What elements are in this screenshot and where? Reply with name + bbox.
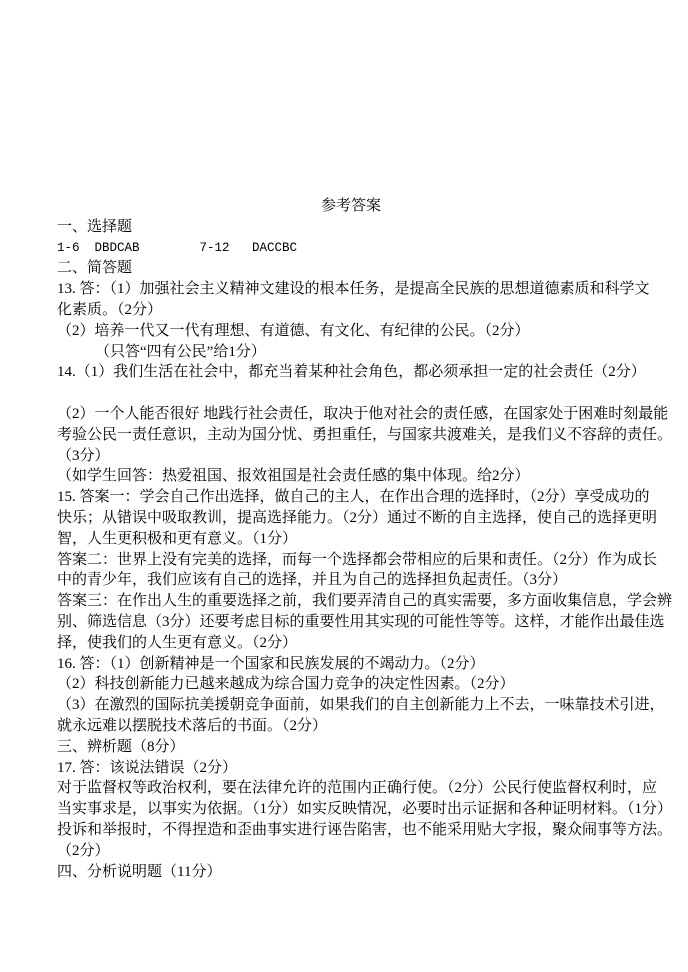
text-line: （3）在激烈的国际抗美援朝竞争面前，如果我们的自主创新能力上不去，一味靠技术引进… bbox=[57, 695, 645, 716]
answer-lines: 一、选择题1-6 DBDCAB 7-12 DACCBC二、简答题13. 答：（1… bbox=[57, 217, 645, 883]
page-title: 参考答案 bbox=[57, 196, 645, 217]
text-line: 一、选择题 bbox=[57, 217, 645, 238]
text-line: （2）培养一代又一代有理想、有道德、有文化、有纪律的公民。（2分） bbox=[57, 321, 645, 342]
text-line: 14.（1）我们生活在社会中，都充当着某种社会角色，都必须承担一定的社会责任（2… bbox=[57, 362, 645, 383]
text-line: （2）一个人能否很好 地践行社会责任，取决于他对社会的责任感，在国家处于困难时刻… bbox=[57, 404, 645, 425]
text-line: （2）科技创新能力已越来越成为综合国力竞争的决定性因素。（2分） bbox=[57, 674, 645, 695]
text-line: （3分） bbox=[57, 446, 645, 467]
text-line bbox=[57, 383, 645, 404]
text-line: 中的青少年，我们应该有自己的选择，并且为自己的选择担负起责任。（3分） bbox=[57, 570, 645, 591]
text-line: 三、辨析题（8分） bbox=[57, 737, 645, 758]
text-line: 答案二：世界上没有完美的选择，而每一个选择都会带相应的后果和责任。（2分）作为成… bbox=[57, 550, 645, 571]
text-line: 15. 答案一：学会自己作出选择，做自己的主人，在作出合理的选择时，（2分）享受… bbox=[57, 487, 645, 508]
answer-sheet-page: 参考答案 一、选择题1-6 DBDCAB 7-12 DACCBC二、简答题13.… bbox=[57, 196, 645, 882]
text-line: 16. 答：（1）创新精神是一个国家和民族发展的不竭动力。（2分） bbox=[57, 654, 645, 675]
text-line: 四、分析说明题（11分） bbox=[57, 862, 645, 883]
text-line: 别、筛选信息（3分）还要考虑目标的重要性用其实现的可能性等等。这样，才能作出最佳… bbox=[57, 612, 645, 633]
text-line: （只答“四有公民”给1分） bbox=[57, 342, 645, 363]
text-line: 13. 答：（1）加强社会主义精神文建设的根本任务，是提高全民族的思想道德素质和… bbox=[57, 279, 645, 300]
text-line: 智，人生更积极和更有意义。（1分） bbox=[57, 529, 645, 550]
choice-answers-line: 1-6 DBDCAB 7-12 DACCBC bbox=[57, 238, 645, 259]
text-line: 投诉和举报时，不得捏造和歪曲事实进行诬告陷害，也不能采用贴大字报，聚众闹事等方法… bbox=[57, 820, 645, 841]
text-line: 答案三：在作出人生的重要选择之前，我们要弄清自己的真实需要，多方面收集信息，学会… bbox=[57, 591, 645, 612]
text-line: 就永远难以摆脱技术落后的书面。（2分） bbox=[57, 716, 645, 737]
text-line: 化素质。（2分） bbox=[57, 300, 645, 321]
text-line: 当实事求是，以事实为依据。（1分）如实反映情况，必要时出示证据和各种证明材料。（… bbox=[57, 799, 645, 820]
text-line: 考验公民一责任意识，主动为国分忧、勇担重任，与国家共渡难关，是我们义不容辞的责任… bbox=[57, 425, 645, 446]
text-line: 择，使我们的人生更有意义。（2分） bbox=[57, 633, 645, 654]
text-line: 17. 答：该说法错误（2分） bbox=[57, 758, 645, 779]
text-line: 快乐；从错误中吸取教训，提高选择能力。（2分）通过不断的自主选择，使自己的选择更… bbox=[57, 508, 645, 529]
text-line: 对于监督权等政治权利，要在法律允许的范围内正确行使。（2分）公民行使监督权利时，… bbox=[57, 778, 645, 799]
text-line: （如学生回答：热爱祖国、报效祖国是社会责任感的集中体现。给2分） bbox=[57, 466, 645, 487]
text-line: （2分） bbox=[57, 841, 645, 862]
text-line: 二、简答题 bbox=[57, 258, 645, 279]
